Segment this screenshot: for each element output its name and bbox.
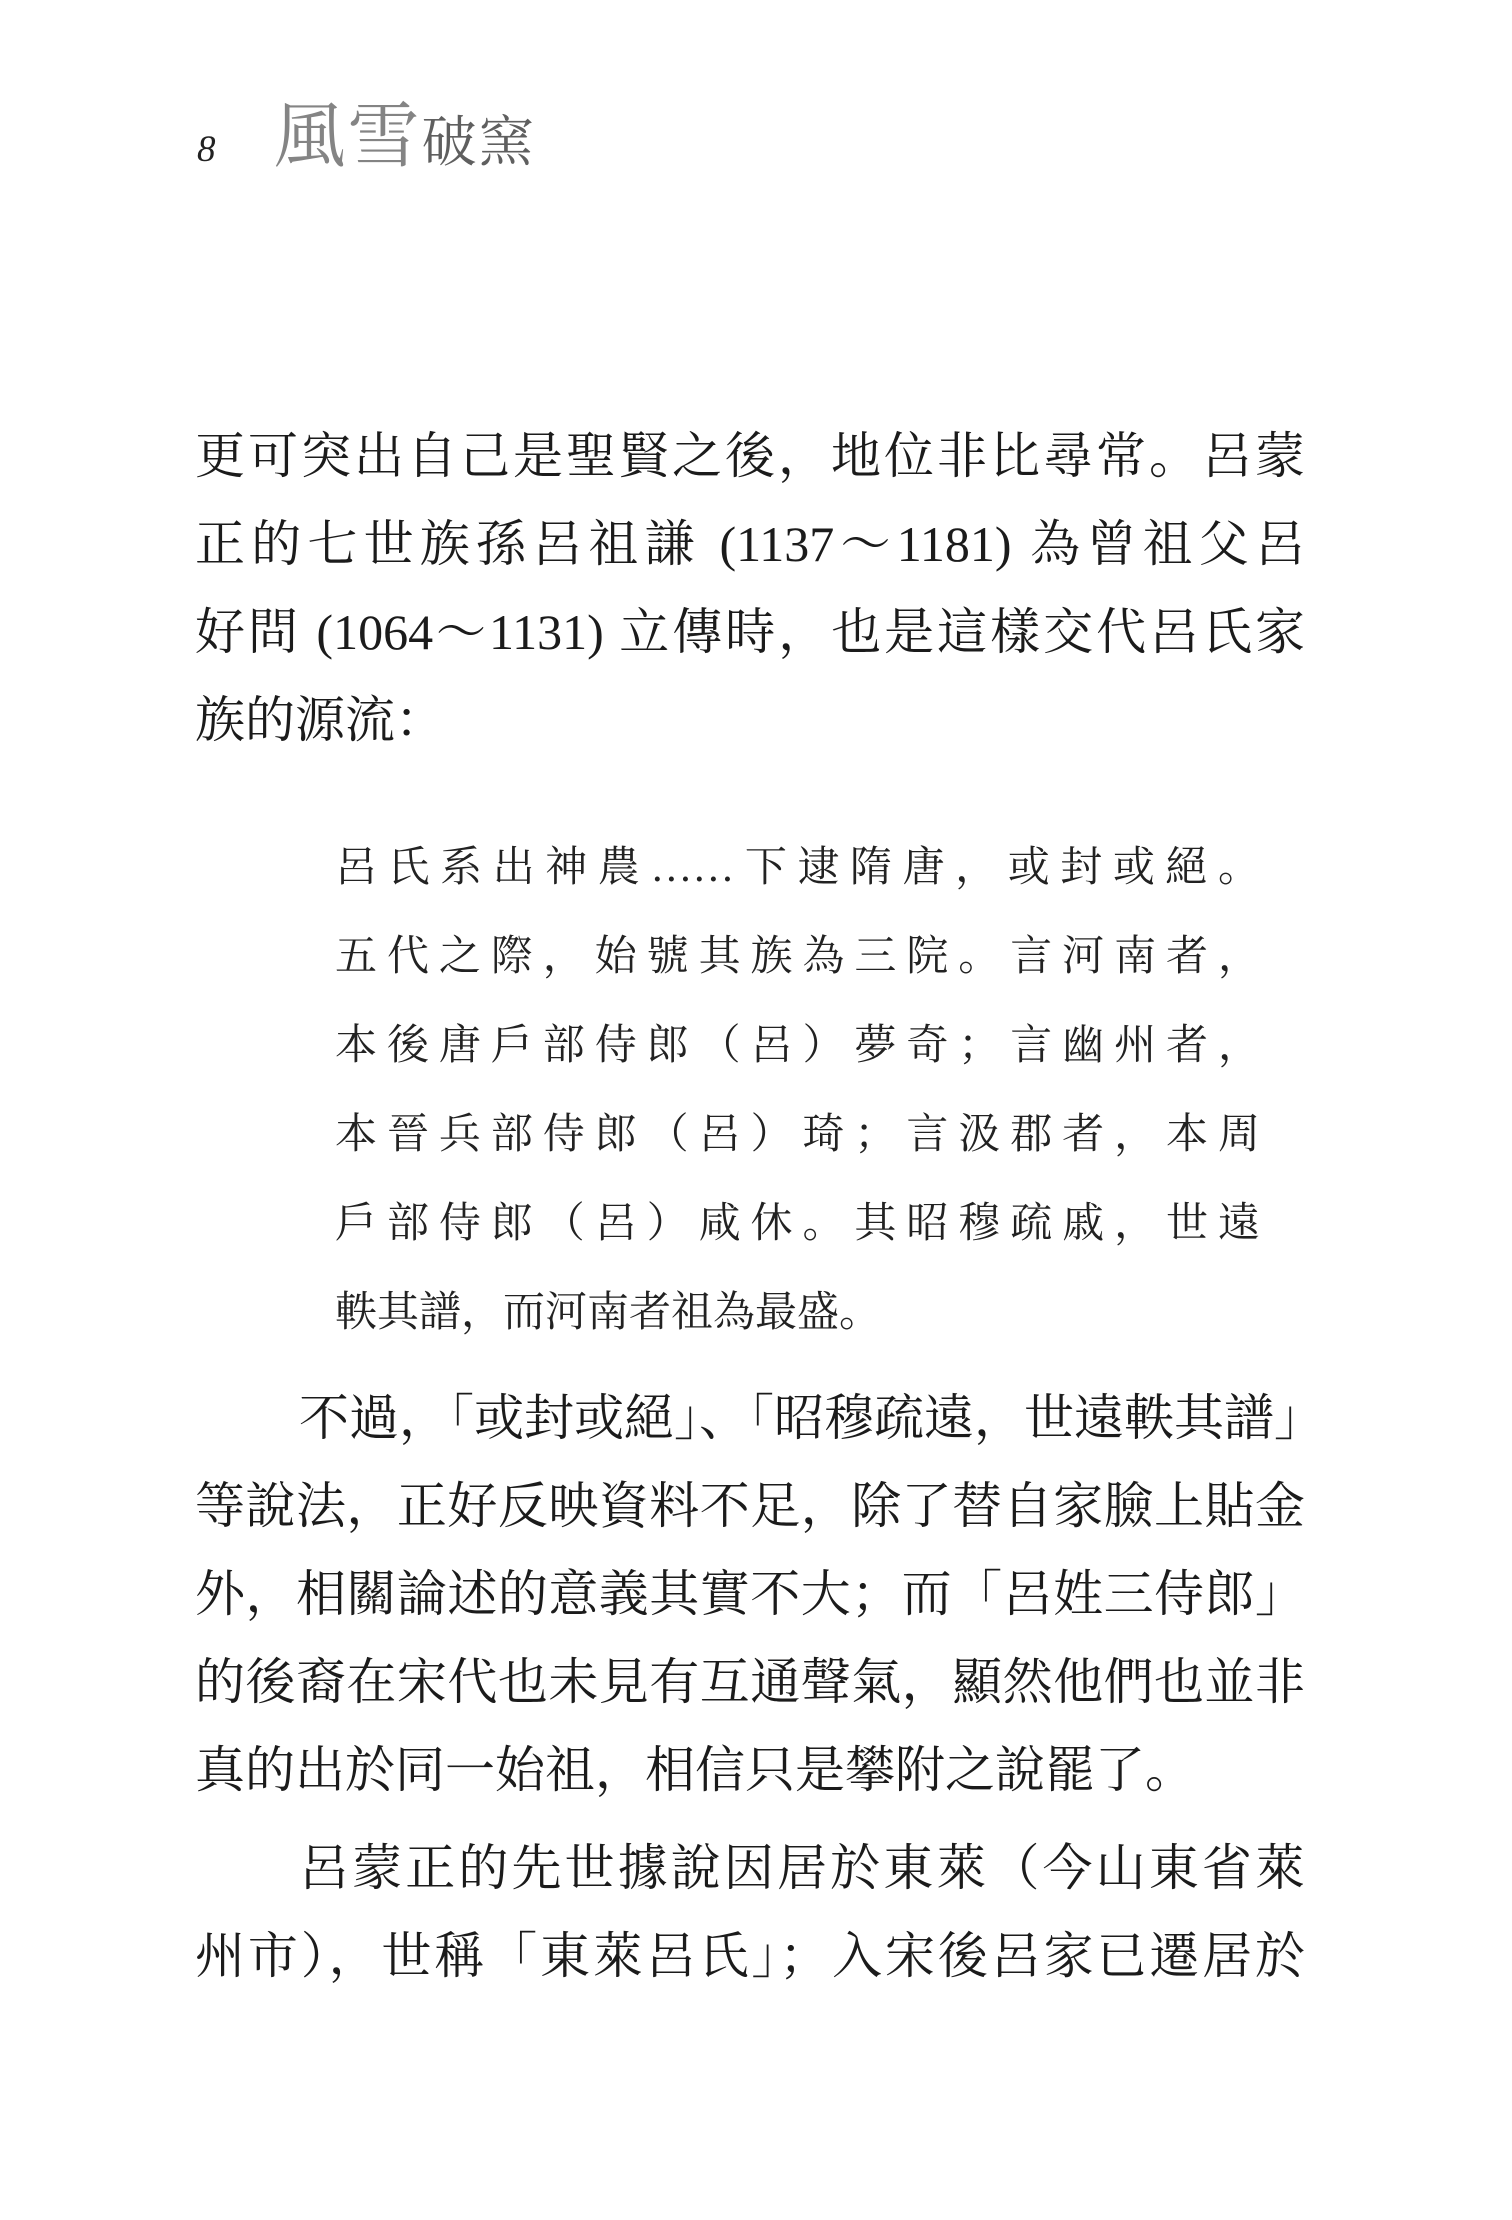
page-header: 8 風雪 破窯 [197,78,536,182]
quote-line: 呂氏系出神農……下逮隋唐，或封或絕。 [335,824,1260,913]
text-line: 好問 (1064～1131) 立傳時，也是這樣交代呂氏家 [195,588,1305,676]
page-number: 8 [197,128,216,171]
text-line: 州市），世稱「東萊呂氏」；入宋後呂家已遷居於 [195,1912,1305,2000]
text-line: 更可突出自己是聖賢之後，地位非比尋常。呂蒙 [195,412,1305,500]
text-line: 等說法，正好反映資料不足，除了替自家臉上貼金 [195,1462,1305,1550]
text-line: 真的出於同一始祖，相信只是攀附之說罷了。 [195,1726,1305,1814]
quote-line: 本晉兵部侍郎（呂）琦；言汲郡者，本周 [335,1091,1260,1180]
text-line: 外，相關論述的意義其實不大；而「呂姓三侍郎」 [195,1550,1305,1638]
text-line: 正的七世族孫呂祖謙 (1137～1181) 為曾祖父呂 [195,500,1305,588]
text-line: 的後裔在宋代也未見有互通聲氣，顯然他們也並非 [195,1638,1305,1726]
book-title-main: 風雪 [274,78,422,182]
paragraph-1: 更可突出自己是聖賢之後，地位非比尋常。呂蒙 正的七世族孫呂祖謙 (1137～11… [195,412,1305,764]
text-line: 呂蒙正的先世據說因居於東萊（今山東省萊 [195,1824,1305,1912]
paragraph-3: 呂蒙正的先世據說因居於東萊（今山東省萊 州市），世稱「東萊呂氏」；入宋後呂家已遷… [195,1824,1305,2000]
paragraph-2: 不過，「或封或絕」、「昭穆疏遠，世遠軼其譜」 等說法，正好反映資料不足，除了替自… [195,1374,1305,1814]
text-line: 族的源流： [195,676,1305,764]
quote-line: 戶部侍郎（呂）咸休。其昭穆疏戚，世遠 [335,1180,1260,1269]
book-title-sub: 破窯 [422,98,536,177]
quote-line: 五代之際，始號其族為三院。言河南者， [335,913,1260,1002]
quote-line: 本後唐戶部侍郎（呂）夢奇；言幽州者， [335,1002,1260,1091]
quote-line: 軼其譜，而河南者祖為最盛。 [335,1269,1260,1358]
block-quote: 呂氏系出神農……下逮隋唐，或封或絕。 五代之際，始號其族為三院。言河南者， 本後… [335,824,1260,1358]
text-line: 不過，「或封或絕」、「昭穆疏遠，世遠軼其譜」 [195,1374,1305,1462]
